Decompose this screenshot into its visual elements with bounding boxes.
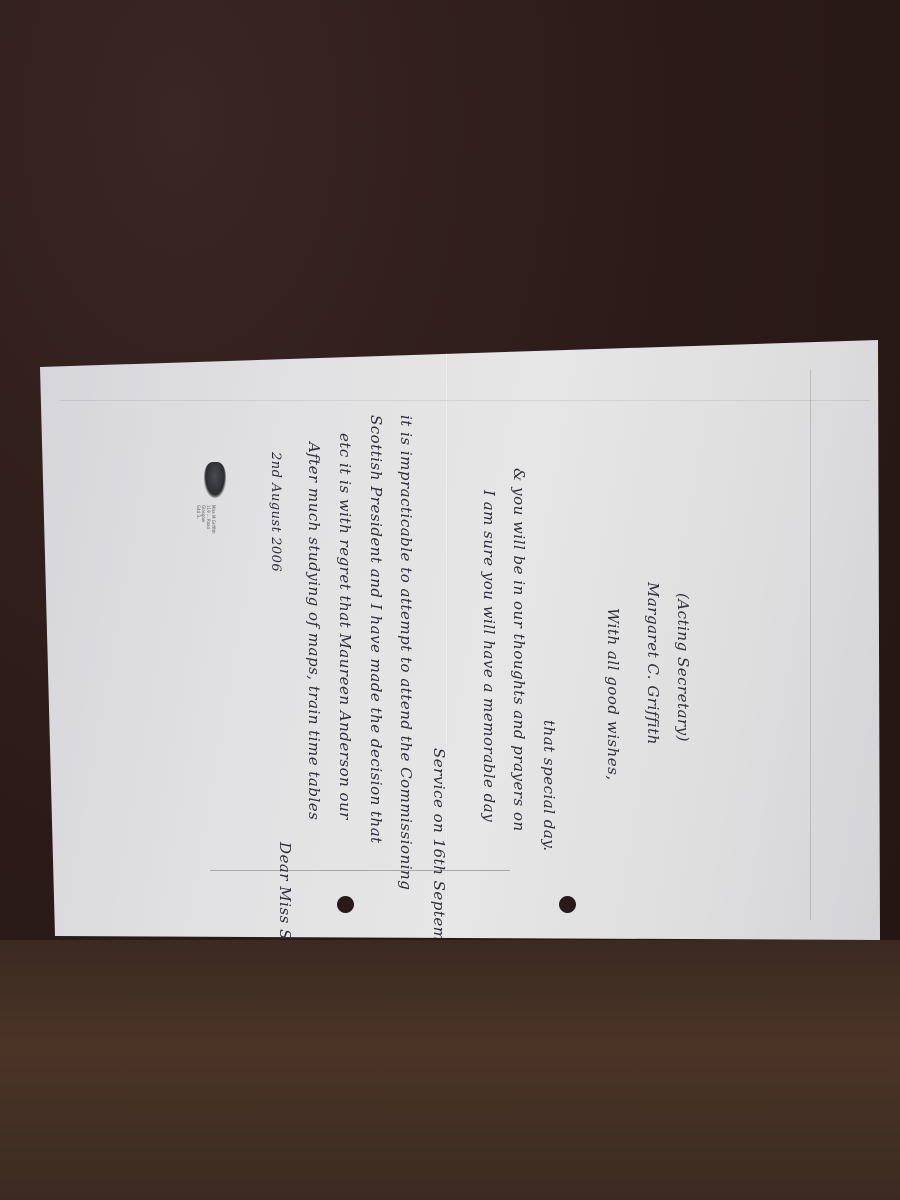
margin-line — [60, 400, 870, 401]
closing: With all good wishes, — [604, 608, 622, 781]
signature: Margaret C. Griffith — [644, 582, 662, 745]
body-line: & you will be in our thoughts and prayer… — [510, 468, 528, 832]
letter-date: 2nd August 2006 — [268, 452, 283, 572]
punch-hole-left — [337, 896, 354, 913]
address-line: G44 3.. — [196, 505, 201, 534]
frame-line — [210, 870, 510, 871]
body-line: After much studying of maps, train time … — [305, 442, 323, 820]
letterhead-address: Miss M Griffith 119 ... Road Glasgow G44… — [196, 505, 216, 534]
body-line: that special day. — [540, 720, 558, 852]
punch-hole-right — [559, 896, 576, 913]
signer-title: (Acting Secretary) — [674, 593, 692, 742]
address-line: Glasgow — [201, 505, 206, 534]
table-surface — [0, 940, 900, 1200]
body-line: I am sure you will have a memorable day — [480, 490, 498, 822]
edge-line — [810, 370, 811, 920]
crest-icon — [204, 462, 226, 498]
body-line: Scottish President and I have made the d… — [367, 415, 385, 844]
body-line: Service on 16th September. — [430, 748, 448, 972]
body-line: it is impracticable to attempt to attend… — [397, 415, 415, 890]
letter-sheet: Miss M Griffith 119 ... Road Glasgow G44… — [40, 340, 880, 940]
body-line: etc it is with regret that Maureen Ander… — [336, 433, 354, 820]
address-line: Miss M Griffith — [211, 505, 216, 534]
